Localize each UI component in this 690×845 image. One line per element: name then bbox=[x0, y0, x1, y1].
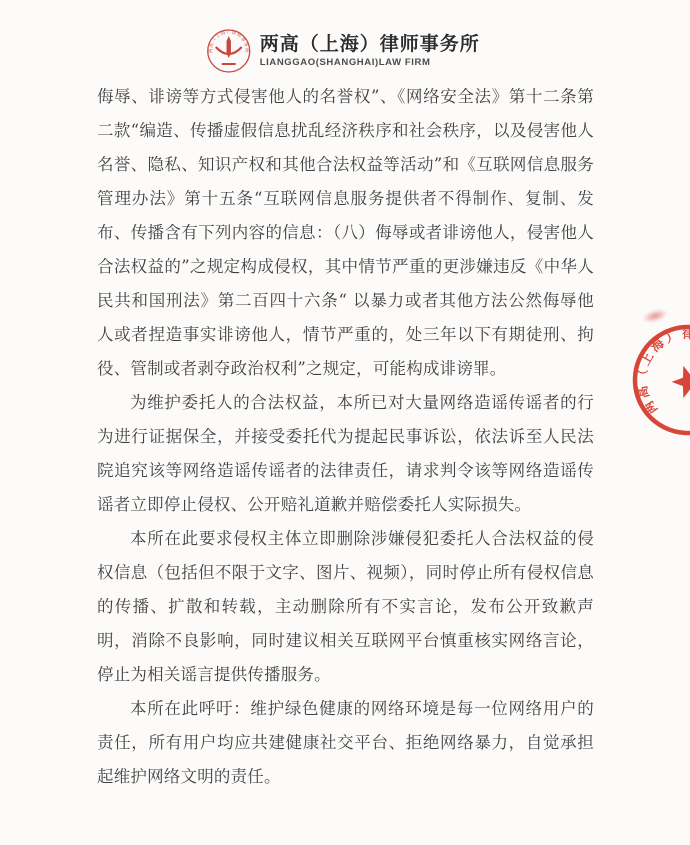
firm-name-cn: 两高（上海）律师事务所 bbox=[260, 34, 480, 56]
red-star-icon bbox=[668, 361, 690, 400]
letterhead: 两高（上海）律师事务所 两高（上海）律师事务所 LIANGGAO(SHANGHA… bbox=[205, 26, 480, 76]
firm-name-en: LIANGGAO(SHANGHAI)LAW FIRM bbox=[260, 57, 480, 68]
paragraph-2: 为维护委托人的合法权益，本所已对大量网络造谣传谣者的行为进行证据保全，并接受委托… bbox=[97, 386, 594, 522]
firm-names: 两高（上海）律师事务所 LIANGGAO(SHANGHAI)LAW FIRM bbox=[260, 34, 480, 68]
letter-body: 侮辱、诽谤等方式侵害他人的名誉权”、《网络安全法》第十二条第二款“编造、传播虚假… bbox=[97, 80, 594, 794]
seal-ink-smudge bbox=[641, 307, 669, 325]
law-firm-emblem-icon: 两高（上海）律师事务所 bbox=[205, 26, 253, 76]
paragraph-1: 侮辱、诽谤等方式侵害他人的名誉权”、《网络安全法》第十二条第二款“编造、传播虚假… bbox=[97, 80, 594, 386]
document-page: 两高（上海）律师事务所 两高（上海）律师事务所 LIANGGAO(SHANGHA… bbox=[0, 0, 690, 845]
paragraph-4: 本所在此呼吁：维护绿色健康的网络环境是每一位网络用户的责任，所有用户均应共建健康… bbox=[97, 692, 594, 794]
paragraph-3: 本所在此要求侵权主体立即删除涉嫌侵犯委托人合法权益的侵权信息（包括但不限于文字、… bbox=[97, 522, 594, 692]
official-seal-stamp: 两高（上海）律师事务所 bbox=[612, 304, 690, 455]
